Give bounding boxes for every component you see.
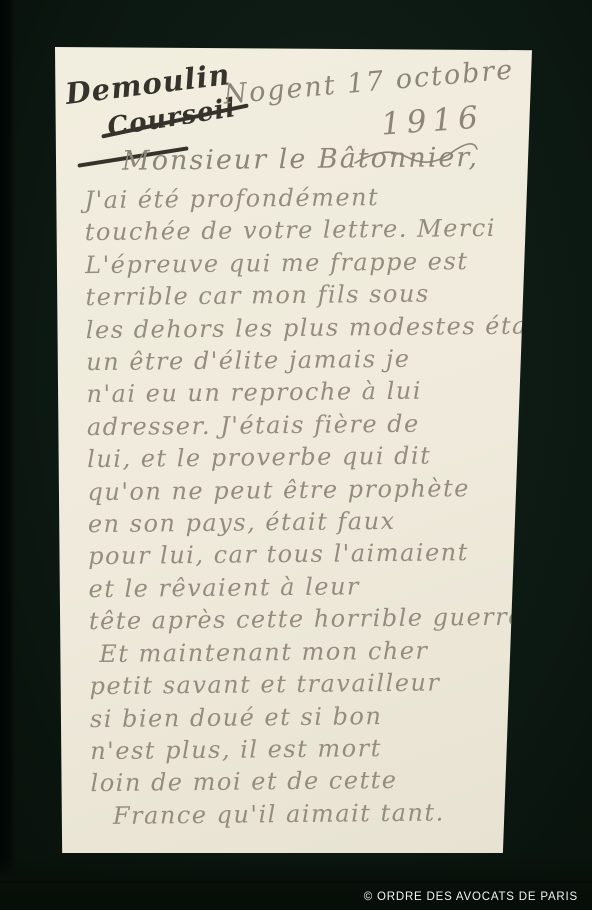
letter-line: qu'on ne peut être prophète — [87, 471, 522, 508]
letter-line: et le rêvaient à leur — [88, 568, 523, 605]
letter-line: Et maintenant mon cher — [99, 633, 524, 670]
letter-line: pour lui, car tous l'aimaient — [88, 536, 523, 573]
letter-line: petit savant et travailleur — [89, 666, 524, 703]
letter-line: si bien doué et si bon — [90, 698, 525, 735]
copyright-credit: © ORDRE DES AVOCATS DE PARIS — [364, 891, 578, 903]
mount-seam-line — [0, 881, 592, 883]
letter-line: un être d'élite jamais je — [86, 342, 521, 379]
letter-line: tête après cette horrible guerre — [89, 601, 524, 638]
photo-left-shadow — [0, 0, 15, 910]
letter-line: touchée de votre lettre. Merci — [85, 212, 520, 249]
letter-line: lui, et le proverbe qui dit — [87, 439, 522, 476]
letter-line: n'est plus, il est mort — [90, 730, 525, 767]
letter-photograph: Demoulin Courseil Nogent 17 octobre 1916… — [0, 0, 592, 910]
letter-line: L'épreuve qui me frappe est — [85, 244, 520, 281]
letter-line: les dehors les plus modestes était — [86, 309, 521, 346]
letter-line: terrible car mon fils sous — [85, 277, 520, 314]
letter-paper: Demoulin Courseil Nogent 17 octobre 1916… — [55, 47, 532, 853]
letter-line: en son pays, était faux — [88, 504, 523, 541]
letter-line: n'ai eu un reproche à lui — [86, 374, 521, 411]
letter-body: Monsieur le Bâtonnier, J'ai été profondé… — [51, 45, 536, 833]
letter-line: France qu'il aimait tant. — [113, 795, 526, 832]
letter-line: loin de moi et de cette — [90, 763, 525, 800]
letter-line: J'ai été profondément — [84, 180, 519, 217]
salutation-line: Monsieur le Bâtonnier, — [122, 142, 519, 177]
letter-line: adresser. J'étais fière de — [87, 406, 522, 443]
